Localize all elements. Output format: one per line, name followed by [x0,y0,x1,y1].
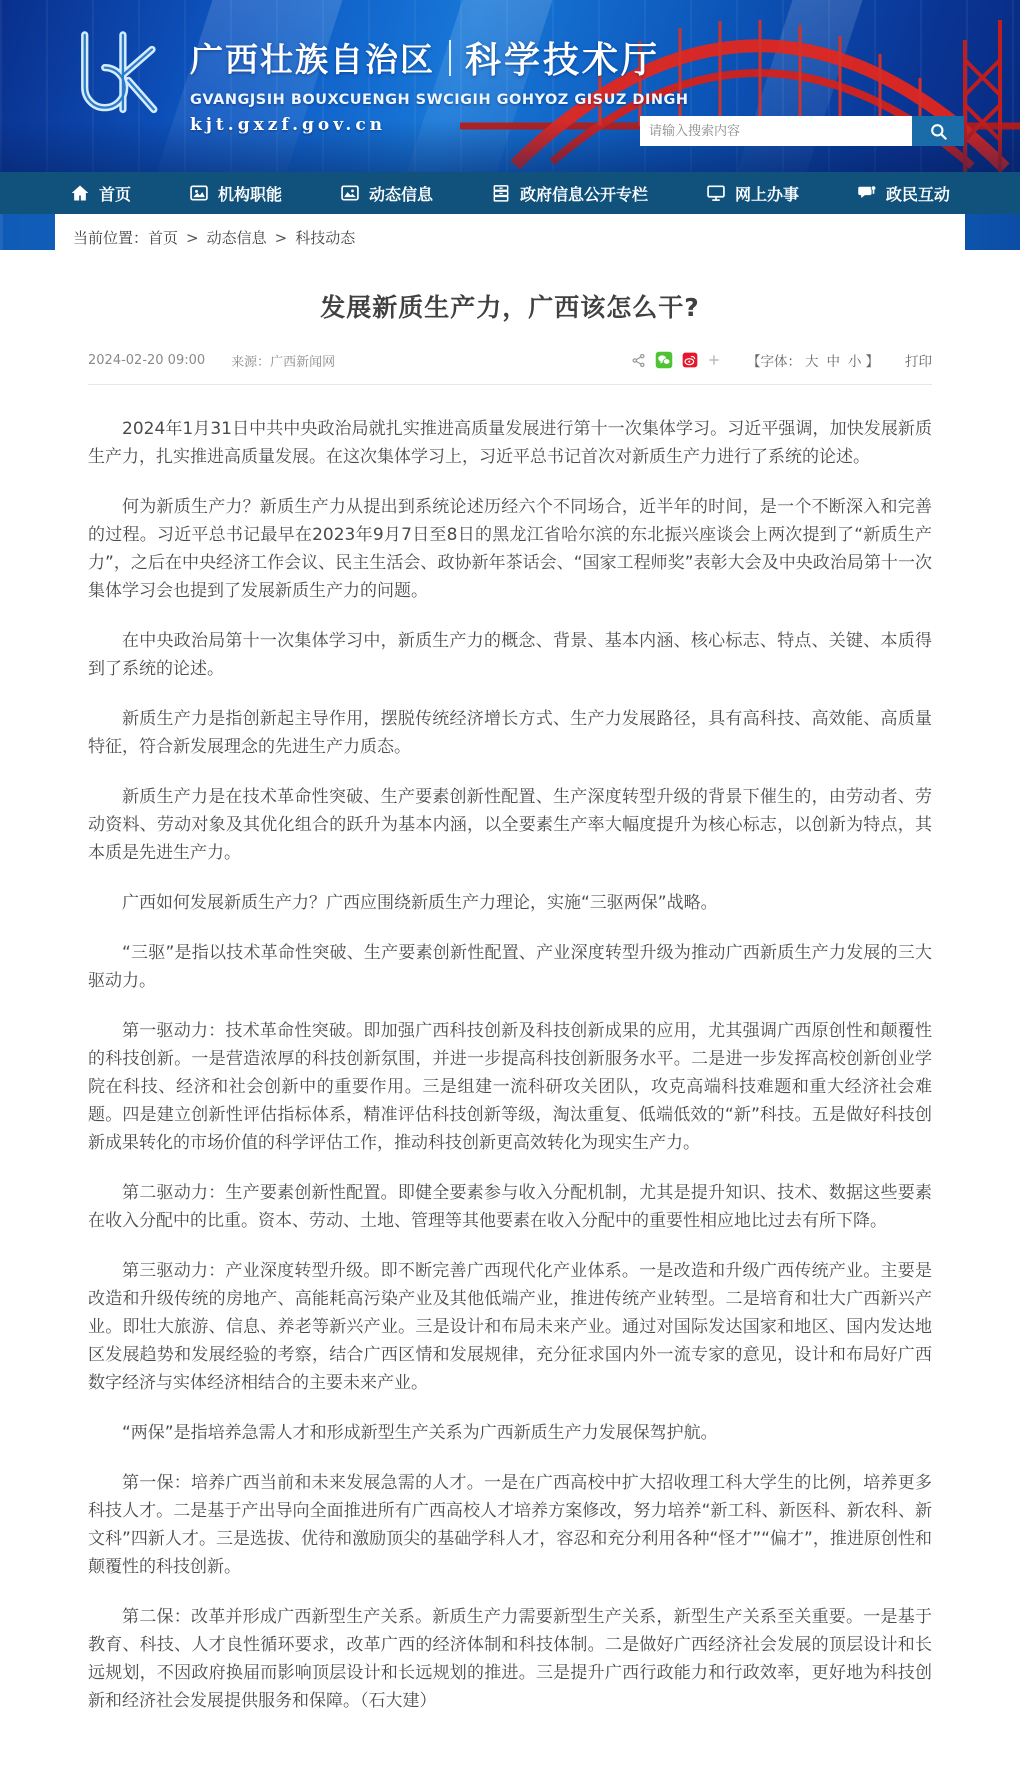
article-paragraph: 新质生产力是在技术革命性突破、生产要素创新性配置、生产深度转型升级的背景下催生的… [88,783,932,867]
home-icon [70,183,90,203]
breadcrumb-label: 当前位置： [73,229,148,247]
nav-item-interaction[interactable]: 政民互动 [857,182,950,205]
article-paragraph: 第一保：培养广西当前和未来发展急需的人才。一是在广西高校中扩大招收理工科大学生的… [88,1469,932,1581]
site-logo[interactable] [56,24,168,124]
site-region-name: 广西壮族自治区 [190,34,435,81]
article: 发展新质生产力，广西该怎么干? 2024-02-20 09:00 来源：广西新闻… [55,288,965,1715]
nav-item-home[interactable]: 首页 [70,182,131,205]
content-area: 当前位置：首页动态信息科技动态 发展新质生产力，广西该怎么干? 2024-02-… [55,214,965,1755]
article-date: 2024-02-20 09:00 [88,353,205,368]
search-icon [929,122,948,141]
article-paragraph: 新质生产力是指创新起主导作用，摆脱传统经济增长方式、生产力发展路径，具有高科技、… [88,705,932,761]
article-paragraph: “三驱”是指以技术革命性突破、生产要素创新性配置、产业深度转型升级为推动广西新质… [88,939,932,995]
plus-icon[interactable] [707,353,721,367]
nav-item-online-service[interactable]: 网上办事 [706,182,799,205]
gov-info-icon [491,183,511,203]
site-dept-name: 科学技术厅 [465,32,660,83]
nav-item-gov-info[interactable]: 政府信息公开专栏 [491,182,648,205]
nav-item-label: 政府信息公开专栏 [520,182,648,205]
search-bar [640,116,964,146]
font-size-control: 【字体：大中小】 [747,350,879,370]
nav-item-label: 机构职能 [218,182,282,205]
article-paragraph: 第三驱动力：产业深度转型升级。即不断完善广西现代化产业体系。一是改造和升级广西传… [88,1257,932,1397]
article-paragraph: 在中央政治局第十一次集体学习中，新质生产力的概念、背景、基本内涵、核心标志、特点… [88,627,932,683]
site-url: kjt.gxzf.gov.cn [190,115,689,135]
nav-item-label: 政民互动 [886,182,950,205]
org-icon [189,183,209,203]
nav-item-org-functions[interactable]: 机构职能 [189,182,282,205]
wechat-icon[interactable] [655,351,673,369]
site-zhuang-name: GVANGJSIH BOUXCUENGH SWCIGIH GOHYOZ GISU… [190,92,689,108]
search-input[interactable] [640,116,912,146]
share-nodes-icon[interactable] [631,353,646,368]
article-paragraph: 第二驱动力：生产要素创新性配置。即健全要素参与收入分配机制，尤其是提升知识、技术… [88,1179,932,1235]
article-paragraph: “两保”是指培养急需人才和形成新型生产关系为广西新质生产力发展保驾护航。 [88,1419,932,1447]
news-icon [340,183,360,203]
article-paragraph: 何为新质生产力？新质生产力从提出到系统论述历经六个不同场合，近半年的时间，是一个… [88,493,932,605]
search-button[interactable] [912,116,964,146]
article-meta: 2024-02-20 09:00 来源：广西新闻网 [88,350,932,385]
font-size-label-close: 】 [866,350,880,370]
article-title: 发展新质生产力，广西该怎么干? [88,288,932,324]
breadcrumb-item[interactable]: 动态信息 [207,229,267,247]
nav-item-news[interactable]: 动态信息 [340,182,433,205]
title-divider [449,40,451,76]
breadcrumb-item[interactable]: 科技动态 [295,229,355,247]
font-size-option[interactable]: 小 [848,354,862,370]
article-paragraph: 第二保：改革并形成广西新型生产关系。新质生产力需要新型生产关系，新型生产关系至关… [88,1603,932,1715]
font-size-option[interactable]: 中 [827,354,841,370]
print-button[interactable]: 打印 [905,350,932,370]
article-paragraph: 2024年1月31日中共中央政治局就扎实推进高质量发展进行第十一次集体学习。习近… [88,415,932,471]
article-paragraph: 第一驱动力：技术革命性突破。即加强广西科技创新及科技创新成果的应用，尤其强调广西… [88,1017,932,1157]
share-toolbar [631,351,721,369]
breadcrumb: 当前位置：首页动态信息科技动态 [55,214,965,254]
nav-item-label: 网上办事 [735,182,799,205]
weibo-icon[interactable] [682,352,698,368]
font-size-option[interactable]: 大 [805,354,819,370]
online-service-icon [706,183,726,203]
article-body: 2024年1月31日中共中央政治局就扎实推进高质量发展进行第十一次集体学习。习近… [88,415,932,1715]
site-banner: 广西壮族自治区 科学技术厅 GVANGJSIH BOUXCUENGH SWCIG… [0,0,1020,172]
interaction-icon [857,183,877,203]
article-source: 来源：广西新闻网 [231,351,335,370]
article-paragraph: 广西如何发展新质生产力？广西应围绕新质生产力理论，实施“三驱两保”战略。 [88,889,932,917]
main-nav: 首页 机构职能 动态信息 政府信息公开专栏 网上办事 [0,172,1020,214]
font-size-label: 【字体： [747,350,801,370]
breadcrumb-item[interactable]: 首页 [148,229,178,247]
nav-item-label: 动态信息 [369,182,433,205]
nav-item-label: 首页 [99,182,131,205]
